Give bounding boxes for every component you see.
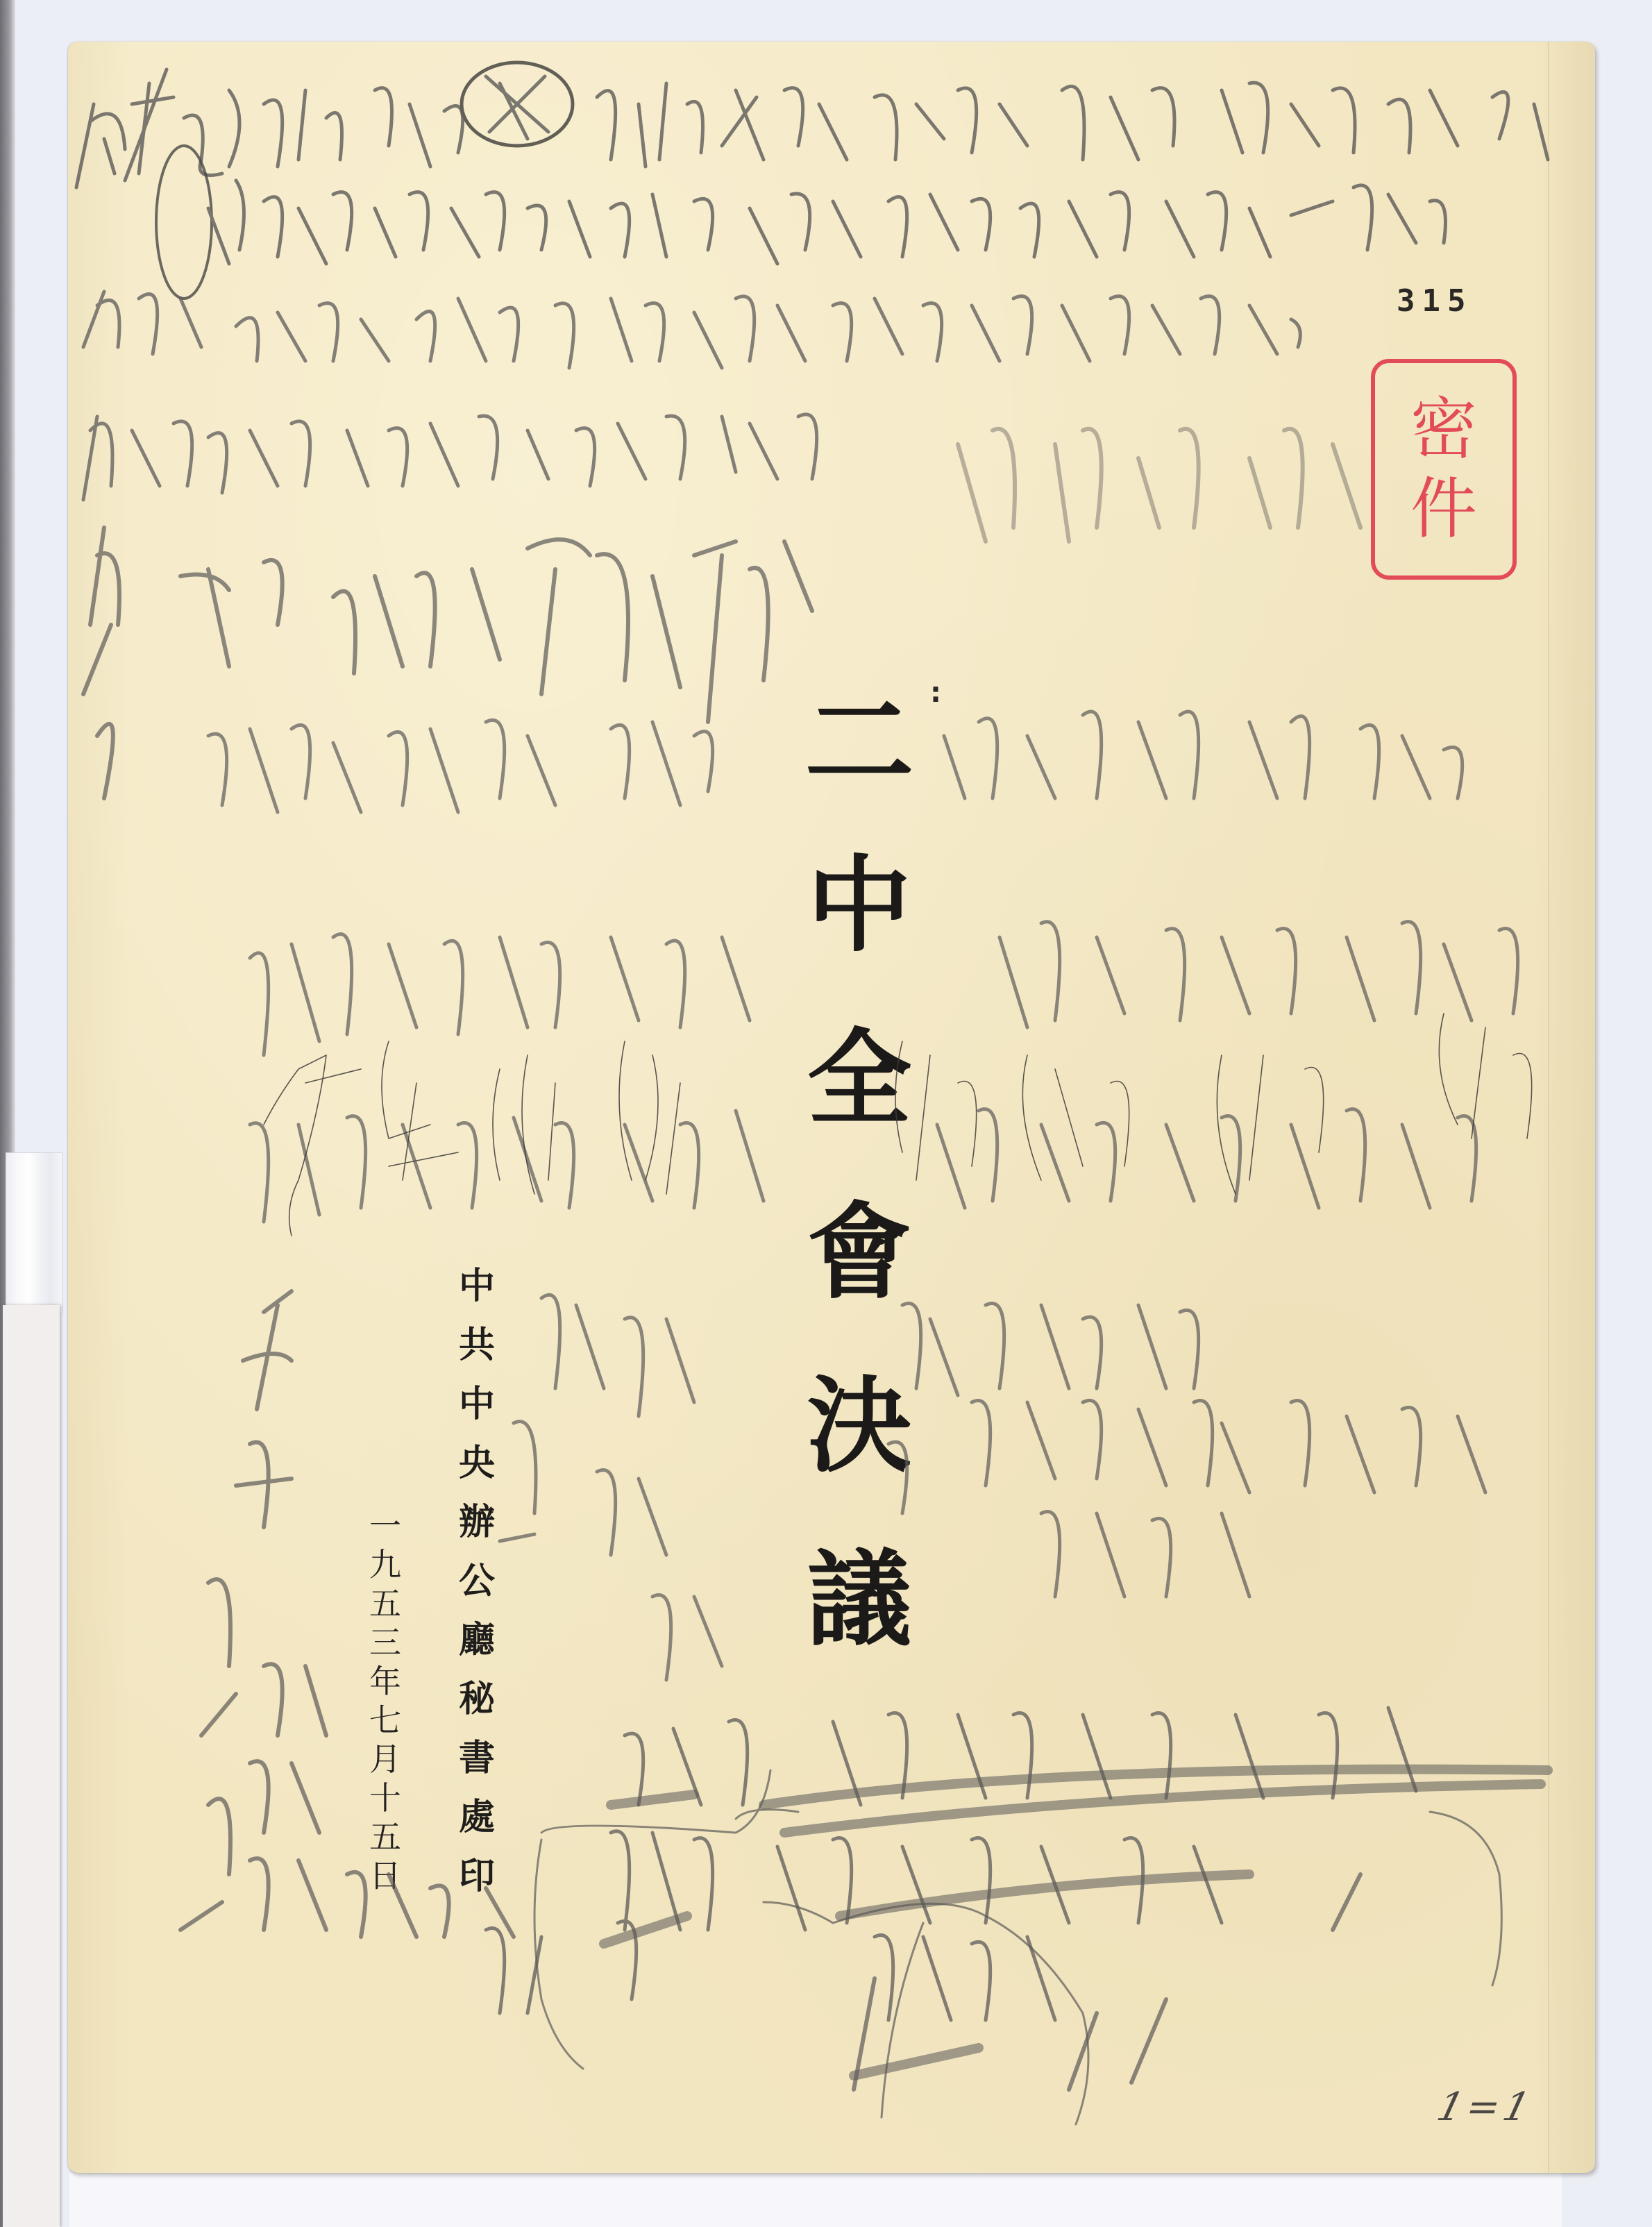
issuer: 中 共 中 央 辦 公 廳 秘 書 處 印 <box>439 1257 515 1906</box>
title-char: 二 <box>804 666 914 819</box>
title-char: 全 <box>807 993 911 1166</box>
date-char: 三 <box>369 1623 401 1662</box>
handwritten-page-mark: 1=1 <box>1433 2085 1538 2130</box>
issuer-char: 公 <box>459 1552 495 1611</box>
issuer-char: 辦 <box>459 1493 495 1552</box>
title-char: 會 <box>807 1166 911 1340</box>
issuer-char: 共 <box>459 1316 495 1375</box>
issuer-char: 處 <box>459 1788 495 1847</box>
issuer-char: 央 <box>459 1434 495 1493</box>
stamp-char: 件 <box>1410 469 1477 549</box>
backing-paper-bottom <box>69 2173 1562 2227</box>
issuer-char: 印 <box>459 1847 495 1906</box>
issuer-char: 中 <box>459 1375 495 1434</box>
plastic-sleeve <box>6 1152 62 1313</box>
fold-line <box>1548 42 1549 2173</box>
date-char: 五 <box>369 1584 401 1623</box>
date-char: 五 <box>369 1817 401 1856</box>
issue-date: 一 九 五 三 年 七 月 十 五 日 <box>351 1506 420 1895</box>
date-char: 七 <box>369 1701 401 1740</box>
stamp-char: 密 <box>1410 389 1477 469</box>
colon-mark: : <box>930 677 941 709</box>
issuer-char: 書 <box>459 1729 495 1788</box>
archive-number: 315 <box>1397 283 1472 319</box>
confidential-stamp: 密 件 <box>1371 359 1517 580</box>
issuer-char: 廳 <box>459 1611 495 1670</box>
title-char: 中 <box>807 819 911 993</box>
date-char: 九 <box>369 1545 401 1584</box>
title-char: 決 <box>807 1340 911 1513</box>
date-char: 月 <box>369 1740 401 1779</box>
date-char: 日 <box>369 1856 401 1895</box>
date-char: 十 <box>369 1779 401 1817</box>
date-char: 年 <box>369 1662 401 1701</box>
title-char: 議 <box>807 1513 911 1687</box>
issuer-char: 秘 <box>459 1670 495 1729</box>
issuer-char: 中 <box>459 1257 495 1316</box>
document-title: 二 中 全 會 決 議 <box>776 666 943 1687</box>
date-char: 一 <box>369 1506 401 1545</box>
backing-paper-tab <box>3 1305 60 2227</box>
